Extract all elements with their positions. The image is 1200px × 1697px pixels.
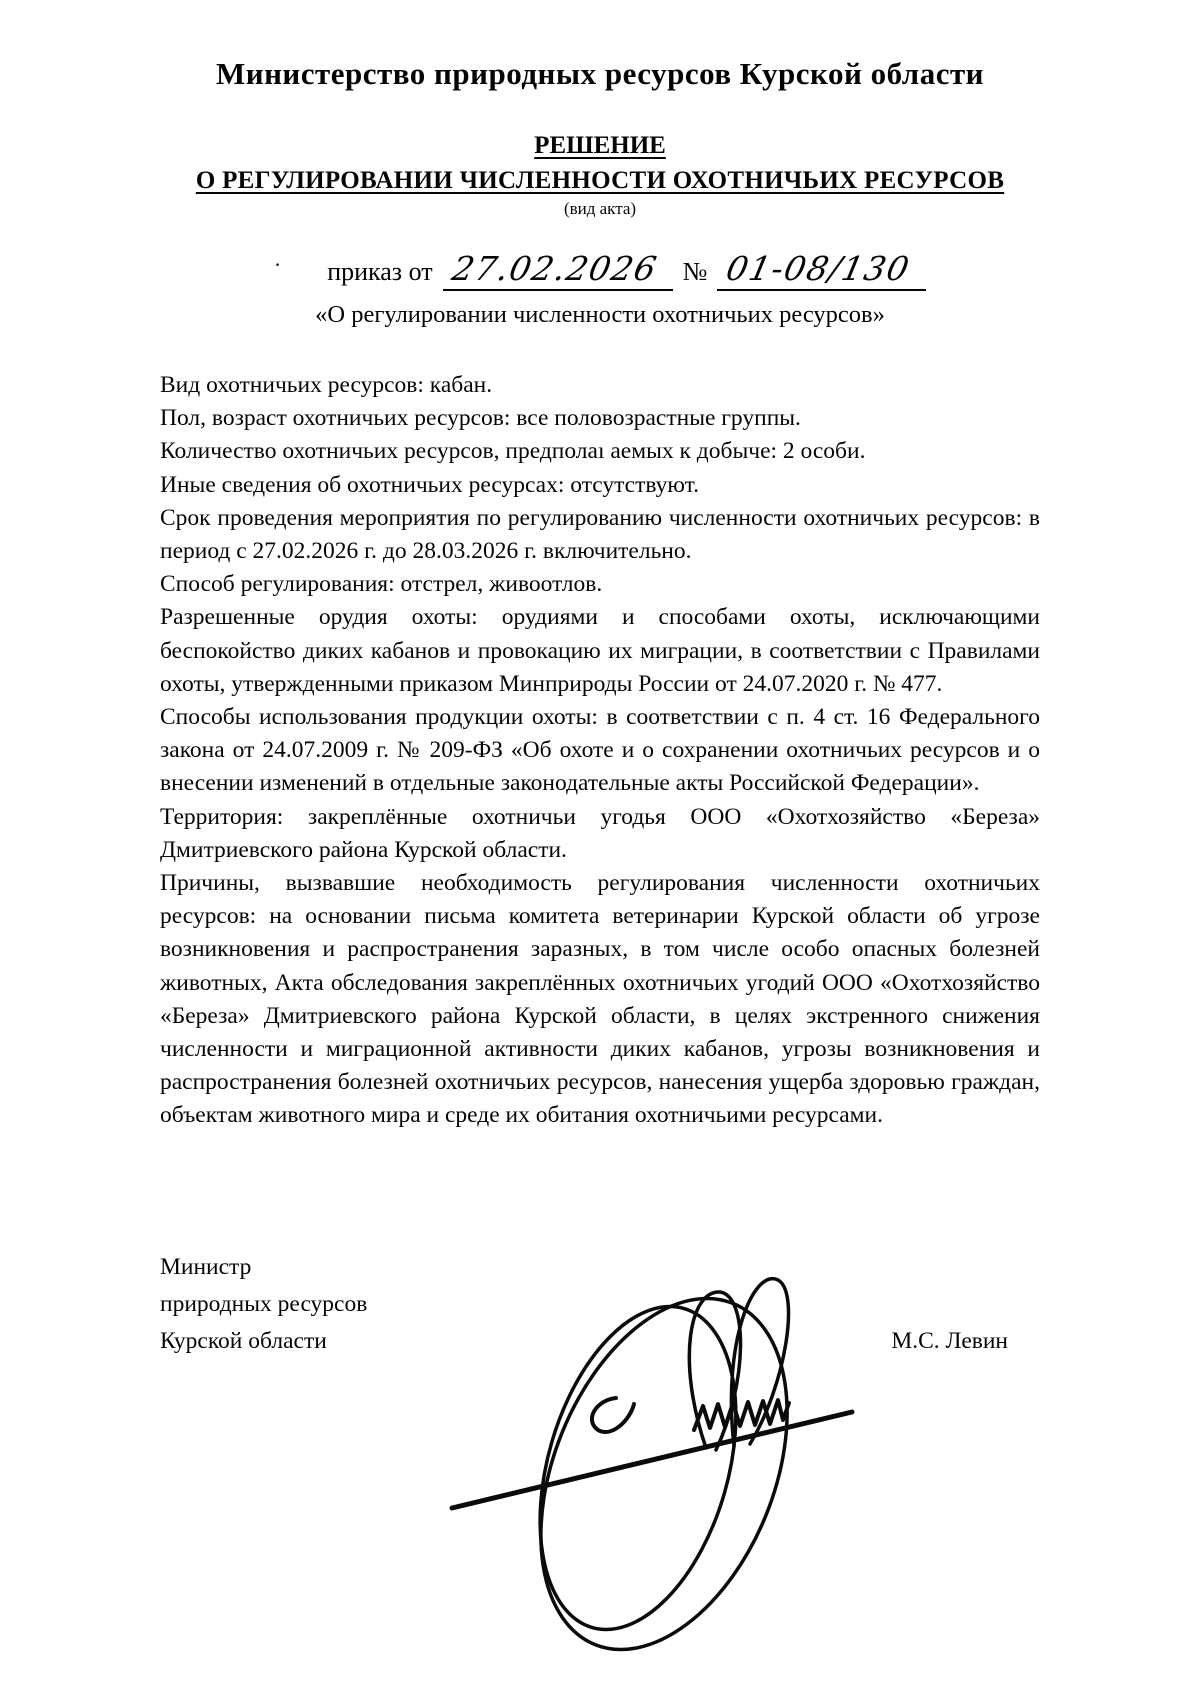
body-paragraph: Количество охотничьих ресурсов, предпола… xyxy=(160,435,1040,468)
order-reference-line: · приказ от 27.02.2026 № 01-08/130 xyxy=(0,249,1200,291)
signer-post-line: Министр xyxy=(160,1249,367,1286)
act-heading: РЕШЕНИЕ xyxy=(0,132,1200,160)
signature-block: Министр природных ресурсов Курской облас… xyxy=(160,1249,1040,1360)
act-subheading: О РЕГУЛИРОВАНИИ ЧИСЛЕННОСТИ ОХОТНИЧЬИХ Р… xyxy=(0,167,1200,195)
body-paragraph: Территория: закреплённые охотничьи угодь… xyxy=(160,801,1040,867)
document-body: Вид охотничьих ресурсов: кабан. Пол, воз… xyxy=(160,369,1040,1133)
body-paragraph: Разрешенные орудия охоты: орудиями и спо… xyxy=(160,601,1040,701)
body-paragraph: Способ регулирования: отстрел, живоотлов… xyxy=(160,568,1040,601)
organization-title: Министерство природных ресурсов Курской … xyxy=(0,0,1200,92)
body-paragraph: Срок проведения мероприятия по регулиров… xyxy=(160,502,1040,568)
order-date-handwritten: 27.02.2026 xyxy=(448,249,660,288)
body-paragraph: Иные сведения об охотничьих ресурсах: от… xyxy=(160,469,1040,502)
document-page: Министерство природных ресурсов Курской … xyxy=(0,0,1200,1697)
signer-name: М.С. Левин xyxy=(891,1323,1008,1360)
signer-post: Министр природных ресурсов Курской облас… xyxy=(160,1249,367,1360)
body-paragraph: Пол, возраст охотничьих ресурсов: все по… xyxy=(160,402,1040,435)
body-paragraph: Вид охотничьих ресурсов: кабан. xyxy=(160,369,1040,402)
body-paragraph: Способы использования продукции охоты: в… xyxy=(160,701,1040,801)
order-subject: «О регулировании численности охотничьих … xyxy=(0,301,1200,329)
order-number-field: 01-08/130 xyxy=(717,249,926,291)
order-prefix-label: приказ от xyxy=(327,257,432,287)
number-sign-label: № xyxy=(683,257,708,287)
body-paragraph: Причины, вызвавшие необходимость регулир… xyxy=(160,867,1040,1133)
order-date-field: 27.02.2026 xyxy=(443,249,673,291)
act-kind-caption: (вид акта) xyxy=(0,199,1200,219)
signer-post-line: природных ресурсов xyxy=(160,1286,367,1323)
order-number-handwritten: 01-08/130 xyxy=(723,249,914,288)
signer-post-line: Курской области xyxy=(160,1323,367,1360)
scan-dot-mark: · xyxy=(274,252,281,278)
